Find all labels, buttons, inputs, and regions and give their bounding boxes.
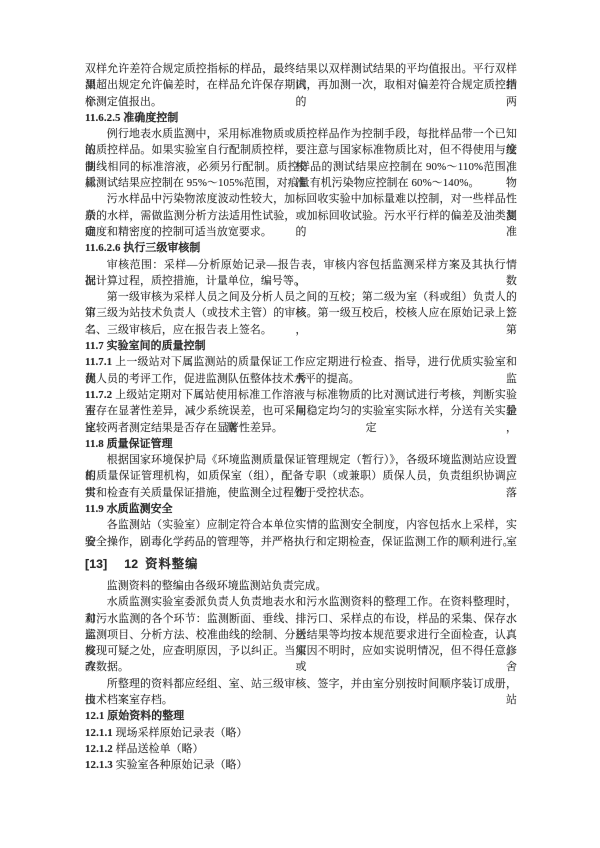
section-heading: 12.1 原始资料的整理 — [85, 708, 517, 724]
section-heading: 11.9 水质监测安全 — [85, 501, 517, 517]
text-line: 11.7.2 上级站定期对下属站使用标准工作溶液与标准物质的比对测试进行考核，判… — [85, 387, 517, 403]
text-line: 水质监测实验室委派负责人负责地表水和污水监测资料的整理工作。在资料整理时，对水 — [85, 594, 517, 610]
chapter-bracket: [13] — [85, 557, 107, 571]
section-heading: 11.7 实验室间的质量控制 — [85, 338, 517, 354]
text-line: 第三级为站技术负责人（或技术主管）的审核。第一级互校后，校核人应在原始记录上签名… — [85, 305, 517, 321]
text-line: 各监测站（实验室）应制定符合本单位实情的监测安全制度，内容包括水上采样，实验室 — [85, 517, 517, 533]
section-number: 11.9 — [85, 503, 104, 515]
text-line: 的质控样品。如果实验室自行配制质控样，要注意与国家标准物质比对，但不得使用与绘制… — [85, 142, 517, 158]
section-number: 12.1 — [85, 710, 104, 722]
text-line: 曲线相同的标准溶液，必须另行配制。质控样品的测试结果应控制在 90%～110%范… — [85, 159, 517, 175]
chapter-heading: [13]12资料整编 — [85, 555, 517, 573]
text-line: 例行地表水质监测中，采用标准物质或质控样品作为控制手段，每批样品带一个已知浓度 — [85, 126, 517, 142]
text-line: 杂的水样，需做监测分析方法适用性试验，或加标回收试验。污水平行样的偏差及油类测定… — [85, 208, 517, 224]
section-number: 12.1.3 — [85, 759, 113, 771]
text-line: 的质量保证管理机构，如质保室（组），配备专职（或兼职）质保人员，负责组织协调，贯… — [85, 468, 517, 484]
section-number: 12.1.1 — [85, 727, 113, 739]
text-line: 监测项目、分析方法、校准曲线的绘制、分析结果等均按本规范要求进行全面检查，认真核… — [85, 627, 517, 643]
text-line: 12.1.2 样品送检单（略） — [85, 741, 517, 757]
section-number: 11.7 — [85, 340, 104, 352]
text-line: 安全操作，剧毒化学药品的管理等，并严格执行和定期检查，保证监测工作的顺利进行。 — [85, 534, 517, 550]
text-line: 否存在显著性差异，减少系统误差，也可采用稳定均匀的实验室实际水样，分送有关实验室… — [85, 403, 517, 419]
chapter-title: 资料整编 — [145, 557, 198, 571]
text-line: 监测资料的整编由各级环境监测站负责完成。 — [85, 578, 517, 594]
text-line: 发现可疑之处，应查明原因，予以纠正。当原因不明时，应如实说明情况，但不得任意修改… — [85, 643, 517, 659]
text-content: 双样允许差符合规定质控指标的样品，最终结果以双样测试结果的平均值报出。平行双样测… — [85, 61, 517, 773]
text-line: 审核范围：采样—分析原始记录—报告表，审核内容包括监测采样方案及其执行情况，数 — [85, 257, 517, 273]
text-line: 和污水监测的各个环节：监测断面、垂线、排污口、采样点的布设，样品的采集、保存、运… — [85, 611, 517, 627]
text-line: 第一级审核为采样人员之间及分析人员之间的互校；第二级为室（科或组）负责人的审核； — [85, 289, 517, 305]
text-line: 双样允许差符合规定质控指标的样品，最终结果以双样测试结果的平均值报出。平行双样测… — [85, 61, 517, 77]
text-line: 所整理的资料都应经组、室、站三级审核、签字，并由室分别按时间顺序装订成册，由站 — [85, 676, 517, 692]
text-line: 12.1.3 实验室各种原始记录（略） — [85, 757, 517, 773]
text-line: 12.1.1 现场采样原始记录表（略） — [85, 725, 517, 741]
section-number: 11.6.2.6 — [85, 242, 121, 254]
text-line: 果超出规定允许偏差时，在样品允许保存期内，再加测一次，取相对偏差符合规定质控指标… — [85, 77, 517, 93]
section-number: 12.1.2 — [85, 743, 113, 755]
text-line: 质测试结果应控制在 95%～105%范围，对痕量有机污染物应控制在 60%～14… — [85, 175, 517, 191]
text-line: 污水样品中污染物浓度波动性较大，加标回收实验中加标量难以控制，对一些样品性质复 — [85, 191, 517, 207]
section-heading: 11.8 质量保证管理 — [85, 436, 517, 452]
section-number: 11.6.2.5 — [85, 112, 121, 124]
document-page: 双样允许差符合规定质控指标的样品，最终结果以双样测试结果的平均值报出。平行双样测… — [0, 0, 600, 848]
section-heading: 11.6.2.6 执行三级审核制 — [85, 240, 517, 256]
text-line: 根据国家环境保护局《环境监测质量保证管理规定（暂行）》，各级环境监测站应设置相应 — [85, 452, 517, 468]
chapter-number: 12 — [124, 557, 138, 571]
section-heading: 11.6.2.5 准确度控制 — [85, 110, 517, 126]
section-number: 11.7.1 — [85, 356, 112, 368]
section-number: 11.7.2 — [85, 389, 112, 401]
text-line: 11.7.1 上一级站对下属监测站的质量保证工作应定期进行检查、指导，进行优质实… — [85, 354, 517, 370]
section-number: 11.8 — [85, 438, 104, 450]
